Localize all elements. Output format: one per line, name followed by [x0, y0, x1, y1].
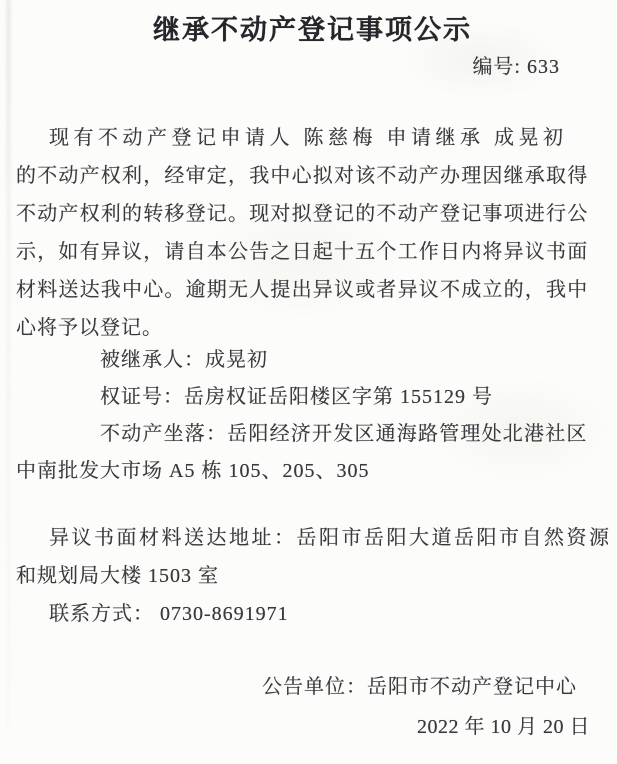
detail-line-property-location: 不动产坐落：岳阳经济开发区通海路管理处北港社区 — [16, 416, 601, 453]
detail-line-property-location-cont: 中南批发大市场 A5 栋 105、205、305 — [16, 453, 601, 490]
doc-number: 编号: 633 — [472, 50, 560, 79]
paragraph-line: 材料送达我中心。逾期无人提出异议或者异议不成立的，我中 — [16, 271, 601, 309]
objection-address-line: 异议书面材料送达地址：岳阳市岳阳大道岳阳市自然资源 — [16, 519, 601, 557]
property-details: 被继承人：成晃初 权证号：岳房权证岳阳楼区字第 155129 号 不动产坐落：岳… — [16, 342, 601, 490]
notice-document: 继承不动产登记事项公示 编号: 633 现有不动产登记申请人 陈慈梅 申请继承 … — [0, 0, 617, 764]
objection-info: 异议书面材料送达地址：岳阳市岳阳大道岳阳市自然资源 和规划局大楼 1503 室 … — [16, 519, 601, 633]
detail-line-decedent: 被继承人：成晃初 — [16, 342, 601, 379]
contact-phone-line: 联系方式： 0730-8691971 — [16, 595, 601, 633]
objection-address-line-cont: 和规划局大楼 1503 室 — [16, 557, 601, 595]
issuing-organization: 公告单位：岳阳市不动产登记中心 — [262, 668, 577, 706]
paragraph-line: 的不动产权利，经审定，我中心拟对该不动产办理因继承取得 — [16, 157, 601, 195]
paragraph-line: 不动产权利的转移登记。现对拟登记的不动产登记事项进行公 — [16, 195, 601, 233]
notice-body-paragraph: 现有不动产登记申请人 陈慈梅 申请继承 成晃初 的不动产权利，经审定，我中心拟对… — [16, 119, 601, 347]
scan-artifact-streak — [6, 0, 11, 730]
paragraph-line: 现有不动产登记申请人 陈慈梅 申请继承 成晃初 — [16, 119, 601, 157]
notice-title: 继承不动产登记事项公示 — [4, 8, 617, 47]
detail-line-certificate-number: 权证号：岳房权证岳阳楼区字第 155129 号 — [16, 379, 601, 416]
paragraph-line: 示，如有异议，请自本公告之日起十五个工作日内将异议书面 — [16, 233, 601, 271]
notice-date: 2022 年 10 月 20 日 — [417, 708, 590, 746]
